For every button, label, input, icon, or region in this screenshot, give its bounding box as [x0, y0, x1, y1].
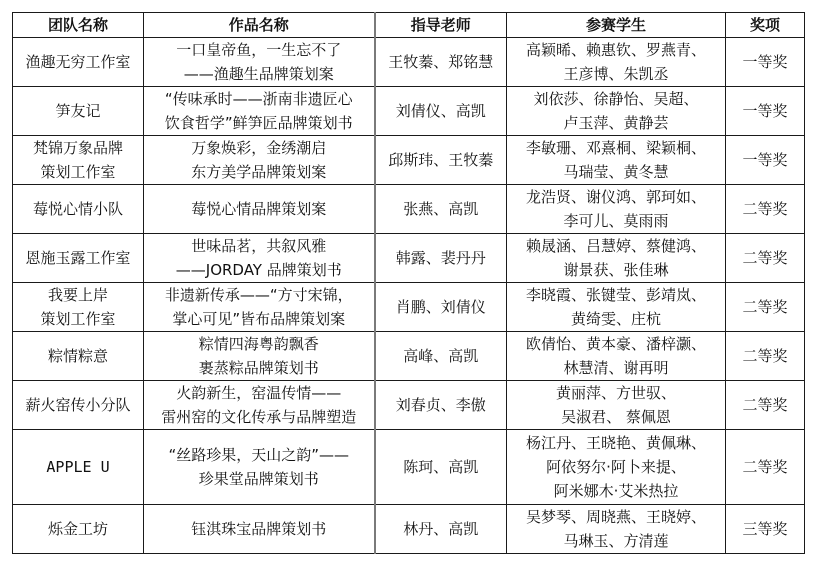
- work-title-cell-line: 火韵新生，窑温传情——: [148, 381, 370, 405]
- teacher-cell: 刘春贞、李傲: [375, 381, 507, 430]
- award-cell: 三等奖: [726, 505, 805, 554]
- team-name-cell: 莓悦心情小队: [13, 185, 144, 234]
- table-row: 笋友记“传味承时——浙南非遗匠心饮食哲学”鲜笋匠品牌策划书刘倩仪、高凯刘依莎、徐…: [13, 87, 805, 136]
- table-row: 莓悦心情小队莓悦心情品牌策划案张燕、高凯龙浩贤、谢仪鸿、郭珂如、李可儿、莫雨雨二…: [13, 185, 805, 234]
- students-cell-line: 卢玉萍、黄静芸: [511, 111, 721, 135]
- award-cell: 二等奖: [726, 185, 805, 234]
- award-cell: 二等奖: [726, 332, 805, 381]
- award-cell: 二等奖: [726, 381, 805, 430]
- work-title-cell: 万象焕彩，金绣潮启东方美学品牌策划案: [144, 136, 375, 185]
- students-cell-line: 李晓霞、张键莹、彭靖岚、: [511, 283, 721, 307]
- team-name-cell: 渔趣无穷工作室: [13, 38, 144, 87]
- work-title-cell: 莓悦心情品牌策划案: [144, 185, 375, 234]
- team-name-cell: 恩施玉露工作室: [13, 234, 144, 283]
- students-cell-line: 杨江丹、王晓艳、黄佩琳、: [511, 431, 721, 455]
- students-cell: 李敏珊、邓熹桐、梁颖桐、马瑞莹、黄冬慧: [507, 136, 726, 185]
- work-title-cell: 火韵新生，窑温传情——雷州窑的文化传承与品牌塑造: [144, 381, 375, 430]
- award-cell: 二等奖: [726, 283, 805, 332]
- header-award: 奖项: [726, 13, 805, 38]
- teacher-cell: 张燕、高凯: [375, 185, 507, 234]
- table-row: 恩施玉露工作室世味品茗，共叙风雅——JORDAY 品牌策划书韩露、裴丹丹赖晟涵、…: [13, 234, 805, 283]
- teacher-cell: 刘倩仪、高凯: [375, 87, 507, 136]
- work-title-cell-line: 饮食哲学”鲜笋匠品牌策划书: [148, 111, 370, 135]
- work-title-cell: 钰淇珠宝品牌策划书: [144, 505, 375, 554]
- students-cell-line: 欧倩怡、黄本豪、潘梓灏、: [511, 332, 721, 356]
- students-cell-line: 马琳玉、方清莲: [511, 529, 721, 553]
- table-row: 我要上岸策划工作室非遗新传承——“方寸宋锦，掌心可见”皆布品牌策划案肖鹏、刘倩仪…: [13, 283, 805, 332]
- teacher-cell: 邱斯玮、王牧蓁: [375, 136, 507, 185]
- award-cell: 二等奖: [726, 430, 805, 505]
- work-title-cell: 非遗新传承——“方寸宋锦，掌心可见”皆布品牌策划案: [144, 283, 375, 332]
- students-cell-line: 黄丽萍、方世驭、: [511, 381, 721, 405]
- students-cell-line: 马瑞莹、黄冬慧: [511, 160, 721, 184]
- table-row: 粽情粽意粽情四海粤韵飘香裹蒸粽品牌策划书高峰、高凯欧倩怡、黄本豪、潘梓灏、林慧清…: [13, 332, 805, 381]
- work-title-cell: “传味承时——浙南非遗匠心饮食哲学”鲜笋匠品牌策划书: [144, 87, 375, 136]
- work-title-cell-line: 万象焕彩，金绣潮启: [148, 136, 370, 160]
- award-cell: 二等奖: [726, 234, 805, 283]
- awards-table: 团队名称 作品名称 指导老师 参赛学生 奖项 渔趣无穷工作室一口皇帝鱼，一生忘不…: [12, 12, 805, 554]
- team-name-cell: 笋友记: [13, 87, 144, 136]
- team-name-cell-line: 我要上岸: [17, 283, 139, 307]
- table-row: 渔趣无穷工作室一口皇帝鱼，一生忘不了——渔趣生品牌策划案王牧蓁、郑铭慧高颖晞、赖…: [13, 38, 805, 87]
- team-name-cell-line: 策划工作室: [17, 307, 139, 331]
- team-name-cell: 薪火窑传小分队: [13, 381, 144, 430]
- students-cell: 刘依莎、徐静怡、吴超、卢玉萍、黄静芸: [507, 87, 726, 136]
- teacher-cell: 韩露、裴丹丹: [375, 234, 507, 283]
- work-title-cell-line: 东方美学品牌策划案: [148, 160, 370, 184]
- table-row: APPLE U“丝路珍果，天山之韵”——珍果堂品牌策划书陈珂、高凯杨江丹、王晓艳…: [13, 430, 805, 505]
- students-cell-line: 吴梦琴、周晓燕、王晓婷、: [511, 505, 721, 529]
- work-title-cell: 一口皇帝鱼，一生忘不了——渔趣生品牌策划案: [144, 38, 375, 87]
- students-cell-line: 吴淑君、 蔡佩恩: [511, 405, 721, 429]
- students-cell-line: 李可儿、莫雨雨: [511, 209, 721, 233]
- students-cell-line: 龙浩贤、谢仪鸿、郭珂如、: [511, 185, 721, 209]
- work-title-cell-line: 粽情四海粤韵飘香: [148, 332, 370, 356]
- team-name-cell-line: 薪火窑传小分队: [17, 393, 139, 417]
- table-row: 梵锦万象品牌策划工作室万象焕彩，金绣潮启东方美学品牌策划案邱斯玮、王牧蓁李敏珊、…: [13, 136, 805, 185]
- work-title-cell-line: 世味品茗，共叙风雅: [148, 234, 370, 258]
- students-cell: 赖晟涵、吕慧婷、蔡健鸿、谢景获、张佳琳: [507, 234, 726, 283]
- team-name-cell-line: 恩施玉露工作室: [17, 246, 139, 270]
- students-cell: 龙浩贤、谢仪鸿、郭珂如、李可儿、莫雨雨: [507, 185, 726, 234]
- work-title-cell-line: “传味承时——浙南非遗匠心: [148, 87, 370, 111]
- work-title-cell-line: 非遗新传承——“方寸宋锦，: [148, 283, 370, 307]
- students-cell: 杨江丹、王晓艳、黄佩琳、阿依努尔·阿卜来提、阿米娜木·艾米热拉: [507, 430, 726, 505]
- work-title-cell-line: ——渔趣生品牌策划案: [148, 62, 370, 86]
- work-title-cell: “丝路珍果，天山之韵”——珍果堂品牌策划书: [144, 430, 375, 505]
- students-cell: 高颖晞、赖惠钦、罗燕青、王彦博、朱凯丞: [507, 38, 726, 87]
- work-title-cell-line: 莓悦心情品牌策划案: [148, 197, 370, 221]
- work-title-cell: 粽情四海粤韵飘香裹蒸粽品牌策划书: [144, 332, 375, 381]
- team-name-cell: 粽情粽意: [13, 332, 144, 381]
- work-title-cell-line: “丝路珍果，天山之韵”——: [148, 443, 370, 467]
- team-name-cell: APPLE U: [13, 430, 144, 505]
- students-cell-line: 黄绮雯、庄杭: [511, 307, 721, 331]
- team-name-cell-line: 梵锦万象品牌: [17, 136, 139, 160]
- teacher-cell: 王牧蓁、郑铭慧: [375, 38, 507, 87]
- students-cell: 吴梦琴、周晓燕、王晓婷、马琳玉、方清莲: [507, 505, 726, 554]
- work-title-cell-line: 裹蒸粽品牌策划书: [148, 356, 370, 380]
- students-cell-line: 李敏珊、邓熹桐、梁颖桐、: [511, 136, 721, 160]
- teacher-cell: 陈珂、高凯: [375, 430, 507, 505]
- teacher-cell: 肖鹏、刘倩仪: [375, 283, 507, 332]
- work-title-cell-line: 一口皇帝鱼，一生忘不了: [148, 38, 370, 62]
- students-cell-line: 阿依努尔·阿卜来提、: [511, 455, 721, 479]
- work-title-cell-line: 雷州窑的文化传承与品牌塑造: [148, 405, 370, 429]
- table-body: 渔趣无穷工作室一口皇帝鱼，一生忘不了——渔趣生品牌策划案王牧蓁、郑铭慧高颖晞、赖…: [13, 38, 805, 554]
- team-name-cell: 梵锦万象品牌策划工作室: [13, 136, 144, 185]
- work-title-cell-line: ——JORDAY 品牌策划书: [148, 258, 370, 282]
- table-header-row: 团队名称 作品名称 指导老师 参赛学生 奖项: [13, 13, 805, 38]
- students-cell-line: 阿米娜木·艾米热拉: [511, 479, 721, 503]
- award-cell: 一等奖: [726, 136, 805, 185]
- header-students: 参赛学生: [507, 13, 726, 38]
- work-title-cell-line: 珍果堂品牌策划书: [148, 467, 370, 491]
- students-cell-line: 谢景获、张佳琳: [511, 258, 721, 282]
- team-name-cell-line: 烁金工坊: [17, 517, 139, 541]
- students-cell-line: 刘依莎、徐静怡、吴超、: [511, 87, 721, 111]
- students-cell-line: 赖晟涵、吕慧婷、蔡健鸿、: [511, 234, 721, 258]
- team-name-cell-line: 策划工作室: [17, 160, 139, 184]
- header-work: 作品名称: [144, 13, 375, 38]
- students-cell-line: 林慧清、谢再明: [511, 356, 721, 380]
- students-cell-line: 高颖晞、赖惠钦、罗燕青、: [511, 38, 721, 62]
- team-name-cell: 我要上岸策划工作室: [13, 283, 144, 332]
- students-cell: 黄丽萍、方世驭、吴淑君、 蔡佩恩: [507, 381, 726, 430]
- team-name-cell-line: APPLE U: [17, 455, 139, 479]
- team-name-cell-line: 渔趣无穷工作室: [17, 50, 139, 74]
- team-name-cell-line: 笋友记: [17, 99, 139, 123]
- teacher-cell: 林丹、高凯: [375, 505, 507, 554]
- work-title-cell-line: 掌心可见”皆布品牌策划案: [148, 307, 370, 331]
- students-cell-line: 王彦博、朱凯丞: [511, 62, 721, 86]
- header-teacher: 指导老师: [375, 13, 507, 38]
- team-name-cell-line: 莓悦心情小队: [17, 197, 139, 221]
- award-cell: 一等奖: [726, 87, 805, 136]
- work-title-cell-line: 钰淇珠宝品牌策划书: [148, 517, 370, 541]
- team-name-cell: 烁金工坊: [13, 505, 144, 554]
- teacher-cell: 高峰、高凯: [375, 332, 507, 381]
- students-cell: 李晓霞、张键莹、彭靖岚、黄绮雯、庄杭: [507, 283, 726, 332]
- table-row: 薪火窑传小分队火韵新生，窑温传情——雷州窑的文化传承与品牌塑造刘春贞、李傲黄丽萍…: [13, 381, 805, 430]
- award-cell: 一等奖: [726, 38, 805, 87]
- header-team: 团队名称: [13, 13, 144, 38]
- work-title-cell: 世味品茗，共叙风雅——JORDAY 品牌策划书: [144, 234, 375, 283]
- table-row: 烁金工坊钰淇珠宝品牌策划书林丹、高凯吴梦琴、周晓燕、王晓婷、马琳玉、方清莲三等奖: [13, 505, 805, 554]
- students-cell: 欧倩怡、黄本豪、潘梓灏、林慧清、谢再明: [507, 332, 726, 381]
- team-name-cell-line: 粽情粽意: [17, 344, 139, 368]
